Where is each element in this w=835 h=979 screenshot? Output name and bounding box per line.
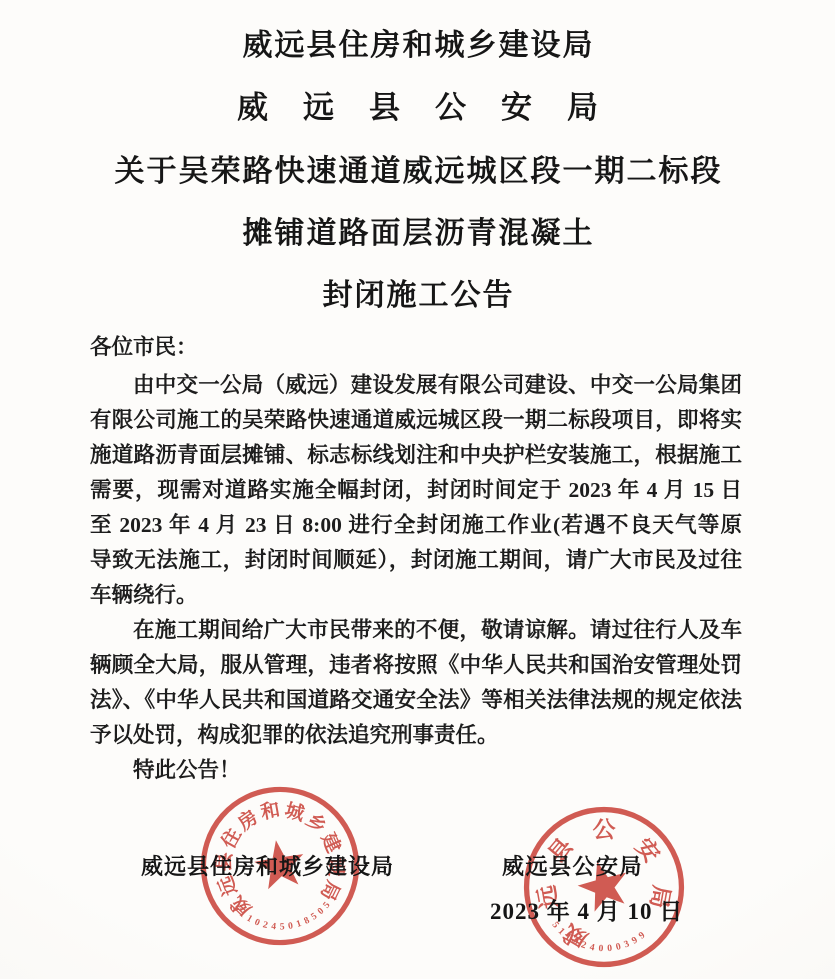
- svg-text:2: 2: [262, 919, 270, 931]
- body-line: 予以处罚，构成犯罪的依法追究刑事责任。: [90, 718, 742, 753]
- svg-text:8: 8: [302, 915, 311, 927]
- svg-text:公: 公: [593, 818, 616, 843]
- svg-text:0: 0: [287, 920, 294, 932]
- svg-text:4: 4: [589, 942, 596, 954]
- svg-text:0: 0: [615, 941, 622, 953]
- body-line: 有限公司施工的吴荣路快速通道威远城区段一期二标段项目，即将实: [90, 403, 742, 438]
- svg-text:5: 5: [280, 921, 285, 932]
- body-line: 需要，现需对道路实施全幅封闭，封闭时间定于 2023 年 4 月 15 日 16…: [90, 473, 742, 508]
- header-org-housing-bureau: 威远县住房和城乡建设局: [0, 20, 835, 64]
- notice-title-line-3: 封闭施工公告: [0, 270, 835, 314]
- svg-text:0: 0: [598, 943, 604, 954]
- svg-text:0: 0: [607, 943, 613, 954]
- svg-text:0: 0: [253, 917, 262, 929]
- body-line: 在施工期间给广大市民带来的不便，敬请谅解。请过往行人及车: [90, 613, 742, 648]
- svg-text:和: 和: [259, 799, 282, 824]
- seal-group: 威远县公安局 511024000399: [527, 810, 682, 965]
- svg-text:9: 9: [637, 930, 648, 942]
- salutation: 各位市民：: [90, 330, 742, 365]
- public-security-seal: 威远县公安局 511024000399: [516, 799, 692, 975]
- svg-text:4: 4: [271, 921, 277, 932]
- svg-text:9: 9: [630, 935, 640, 947]
- svg-text:3: 3: [622, 938, 631, 950]
- svg-text:1: 1: [295, 918, 303, 930]
- left-signature: 威远县住房和城乡建设局: [141, 850, 394, 881]
- notice-body: 各位市民： 由中交一公局（威远）建设发展有限公司建设、中交一公局集团 有限公司施…: [90, 330, 742, 788]
- body-line: 施道路沥青面层摊铺、标志标线划注和中央护栏安装施工，根据施工: [90, 438, 742, 473]
- notice-title-line-1: 关于吴荣路快速通道威远城区段一期二标段: [0, 146, 835, 190]
- notice-title-line-2: 摊铺道路面层沥青混凝土: [0, 208, 835, 252]
- notice-document-page: 威远县住房和城乡建设局 威远县公安局 关于吴荣路快速通道威远城区段一期二标段 摊…: [0, 0, 835, 979]
- body-line: 由中交一公局（威远）建设发展有限公司建设、中交一公局集团: [90, 368, 742, 403]
- issue-date: 2023 年 4 月 10 日: [490, 893, 683, 926]
- body-line: 导致无法施工，封闭时间顺延），封闭施工期间，请广大市民及过往: [90, 543, 742, 578]
- header-org-public-security-bureau: 威远县公安局: [0, 82, 835, 127]
- svg-text:城: 城: [282, 799, 307, 825]
- body-line: 至 2023 年 4 月 23 日 8:00 进行全封闭施工作业(若遇不良天气等…: [90, 508, 742, 543]
- body-line: 辆顾全大局，服从管理，违者将按照《中华人民共和国治安管理处罚: [90, 648, 742, 683]
- right-signature: 威远县公安局: [502, 850, 643, 881]
- closing-line: 特此公告！: [90, 753, 742, 788]
- body-line: 车辆绕行。: [90, 578, 742, 613]
- body-line: 法》、《中华人民共和国道路交通安全法》等相关法律法规的规定依法: [90, 683, 742, 718]
